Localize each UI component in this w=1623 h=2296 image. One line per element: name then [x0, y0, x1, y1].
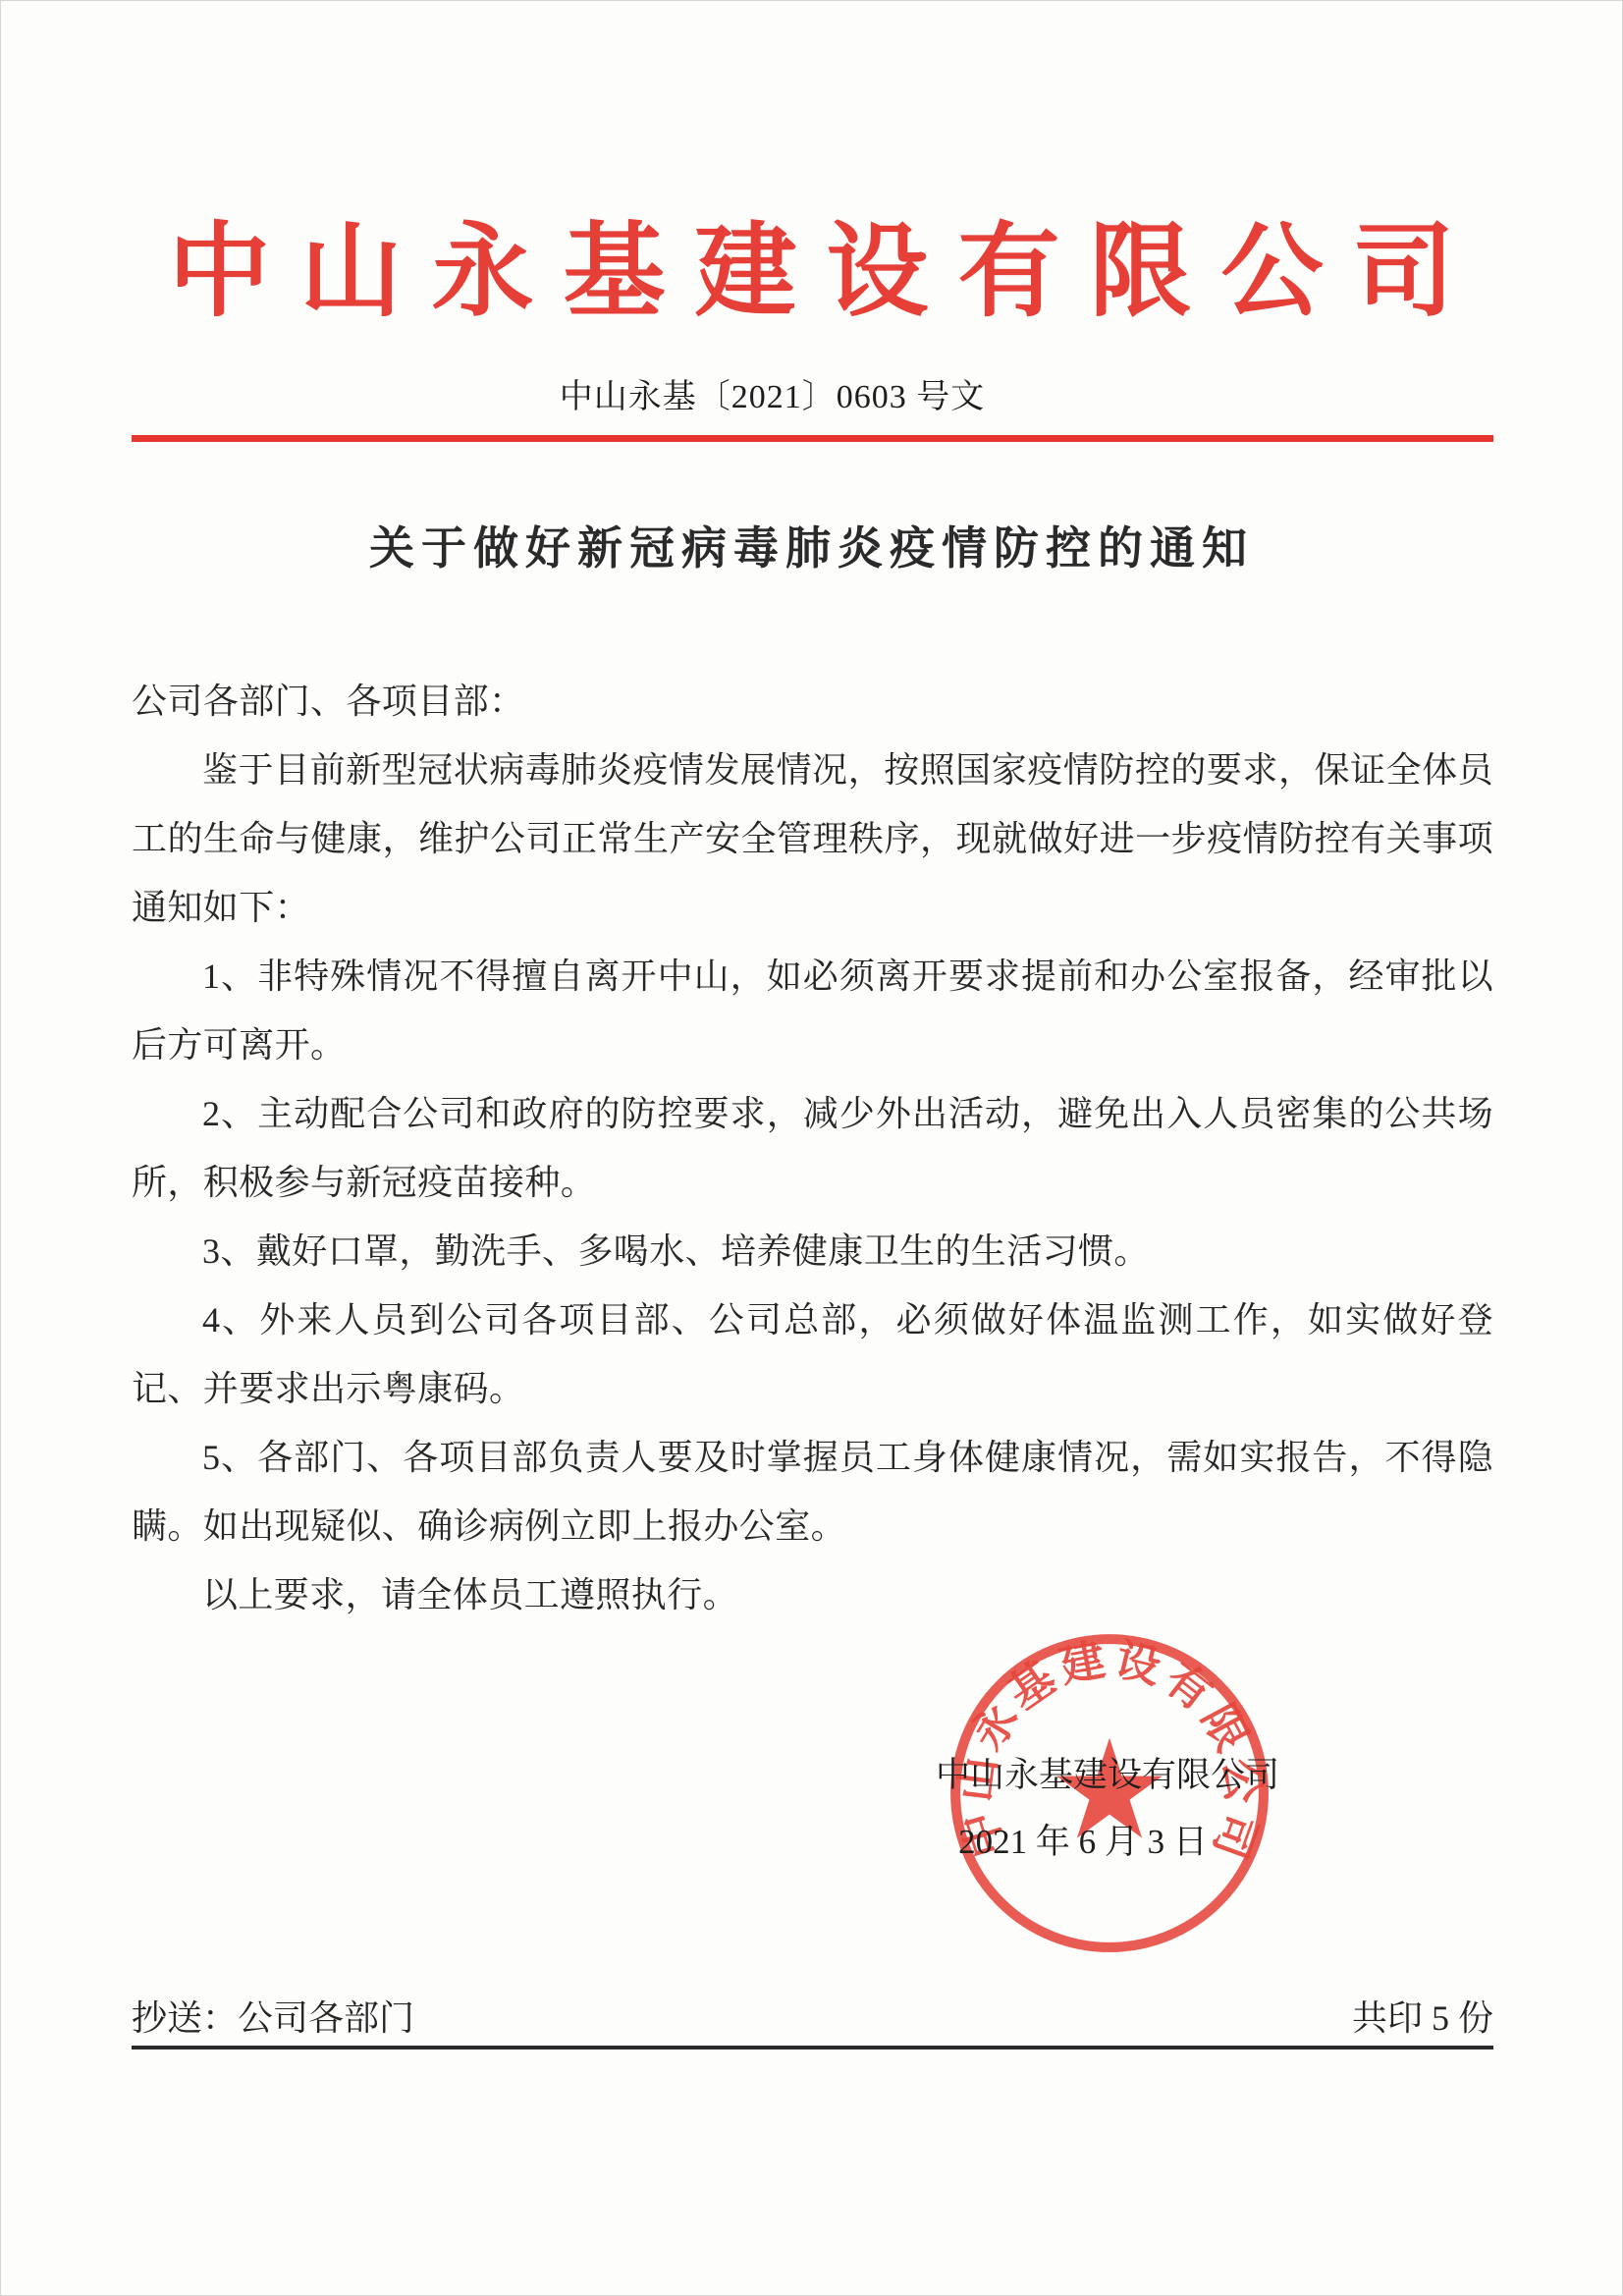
list-item-3: 3、戴好口罩，勤洗手、多喝水、培养健康卫生的生活习惯。	[132, 1217, 1493, 1285]
red-divider-rule	[132, 435, 1493, 442]
notice-title: 关于做好新冠病毒肺炎疫情防控的通知	[1, 519, 1622, 576]
list-item-1: 1、非特殊情况不得擅自离开中山，如必须离开要求提前和办公室报备，经审批以后方可离…	[132, 942, 1493, 1079]
notice-body: 公司各部门、各项目部： 鉴于目前新型冠状病毒肺炎疫情发展情况，按照国家疫情防控的…	[132, 667, 1493, 1629]
document-reference-number: 中山永基〔2021〕0603 号文	[1, 376, 1543, 419]
list-item-5: 5、各部门、各项目部负责人要及时掌握员工身体健康情况，需如实报告，不得隐瞒。如出…	[132, 1423, 1493, 1560]
footer-distribution-bar: 抄送：公司各部门 共印 5 份	[132, 1995, 1493, 2050]
cc-recipients-label: 抄送：公司各部门	[132, 1995, 414, 2042]
intro-paragraph: 鉴于目前新型冠状病毒肺炎疫情发展情况，按照国家疫情防控的要求，保证全体员工的生命…	[132, 736, 1493, 942]
signature-date: 2021 年 6 月 3 日	[936, 1820, 1230, 1865]
print-copies-label: 共印 5 份	[1352, 1995, 1493, 2042]
list-item-4: 4、外来人员到公司各项目部、公司总部，必须做好体温监测工作，如实做好登记、并要求…	[132, 1285, 1493, 1423]
closing-line: 以上要求，请全体员工遵照执行。	[132, 1560, 1493, 1629]
official-notice-page: 中山永基建设有限公司 中山永基〔2021〕0603 号文 关于做好新冠病毒肺炎疫…	[0, 0, 1623, 2296]
company-masthead: 中山永基建设有限公司	[1, 209, 1622, 337]
list-item-2: 2、主动配合公司和政府的防控要求，减少外出活动，避免出入人员密集的公共场所，积极…	[132, 1079, 1493, 1217]
salutation-line: 公司各部门、各项目部：	[132, 667, 1493, 736]
signature-company-name: 中山永基建设有限公司	[936, 1753, 1270, 1798]
